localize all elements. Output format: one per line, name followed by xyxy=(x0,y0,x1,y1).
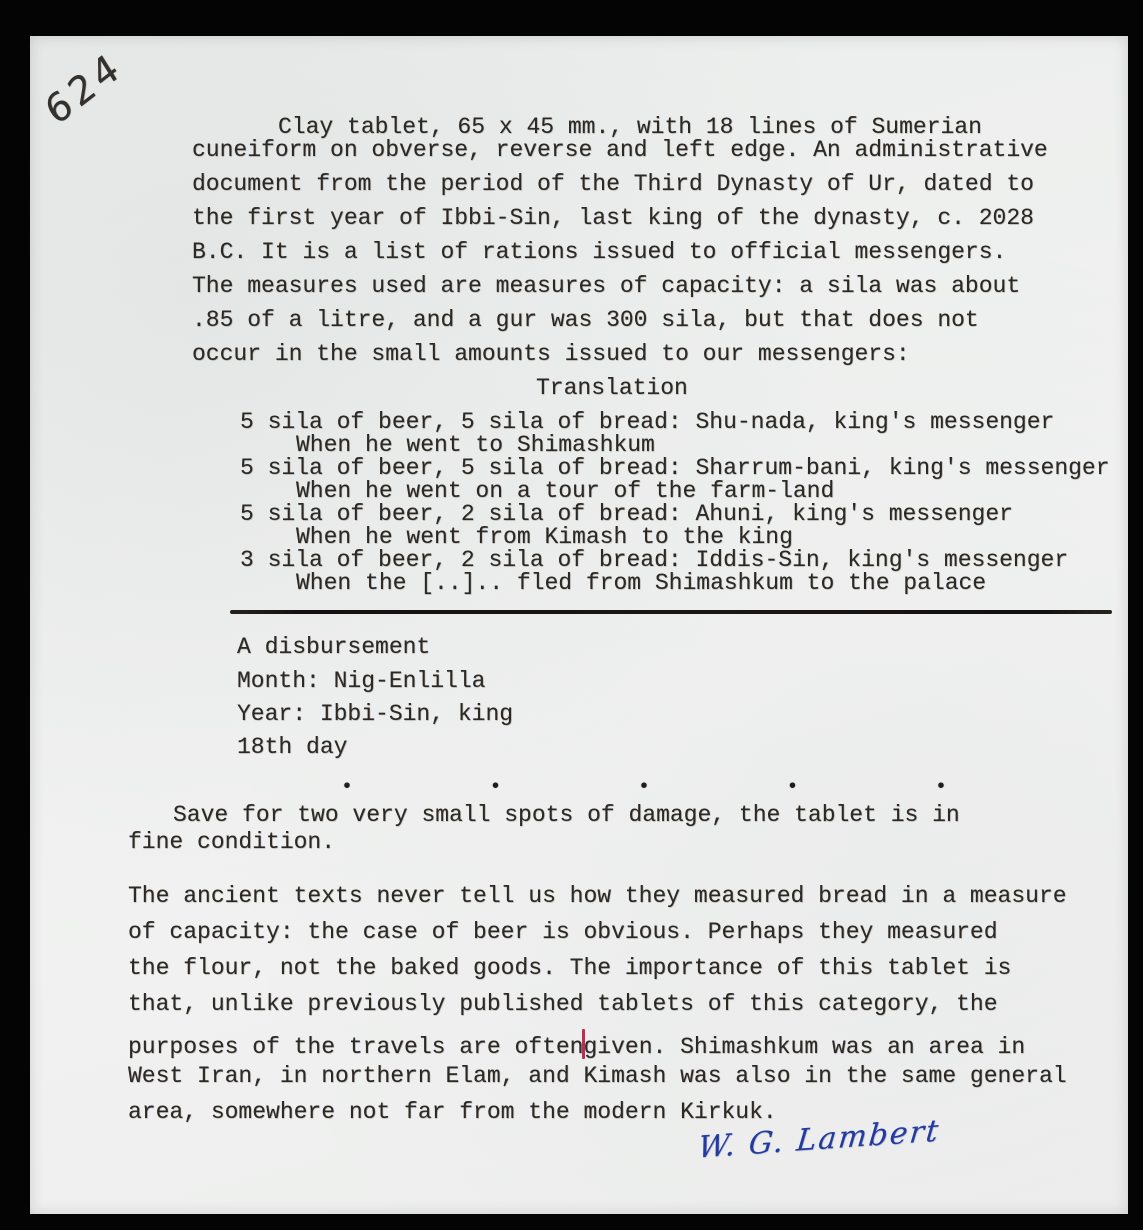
commentary-line: of capacity: the case of beer is obvious… xyxy=(128,921,1112,944)
intro-line: .85 of a litre, and a gur was 300 sila, … xyxy=(192,309,1112,332)
colophon-line: Month: Nig-Enlilla xyxy=(237,670,1112,693)
intro-line: B.C. It is a list of rations issued to o… xyxy=(192,241,1112,264)
condition-line: Save for two very small spots of damage,… xyxy=(128,804,1112,827)
colophon-line: 18th day xyxy=(237,736,1112,759)
commentary-text: given. Shimashkum was an area in xyxy=(583,1034,1025,1060)
typescript-body: Clay tablet, 65 x 45 mm., with 18 lines … xyxy=(192,116,1112,1124)
purpose-line: When he went to Shimashkum xyxy=(296,434,1112,457)
ration-line: 5 sila of beer, 5 sila of bread: Sharrum… xyxy=(240,457,1112,480)
condition-line: fine condition. xyxy=(128,831,1112,854)
separator-asterisk: • xyxy=(638,776,650,799)
colophon-line: A disbursement xyxy=(237,636,1112,659)
colophon-line: Year: Ibbi-Sin, king xyxy=(237,703,1112,726)
commentary-line: West Iran, in northern Elam, and Kimash … xyxy=(128,1065,1112,1088)
commentary-line: area, somewhere not far from the modern … xyxy=(128,1101,1112,1124)
ration-line: 3 sila of beer, 2 sila of bread: Iddis-S… xyxy=(240,549,1112,572)
intro-line: Clay tablet, 65 x 45 mm., with 18 lines … xyxy=(192,116,1112,139)
commentary-line: the flour, not the baked goods. The impo… xyxy=(128,957,1112,980)
translation-heading: Translation xyxy=(536,377,1112,400)
handwritten-page-number: 624 xyxy=(38,42,130,133)
commentary-text: purposes of the travels are often xyxy=(128,1034,583,1060)
separator-asterisk: • xyxy=(489,776,501,799)
separator-asterisk: • xyxy=(341,776,353,799)
commentary-line: The ancient texts never tell us how they… xyxy=(128,885,1112,908)
ration-line: 5 sila of beer, 2 sila of bread: Ahuni, … xyxy=(240,503,1112,526)
typed-divider-rule xyxy=(230,610,1112,614)
purpose-line: When the [..].. fled from Shimashkum to … xyxy=(296,572,1112,595)
commentary-line: that, unlike previously published tablet… xyxy=(128,993,1112,1016)
separator-asterisk: • xyxy=(786,776,798,799)
intro-line: The measures used are measures of capaci… xyxy=(192,275,1112,298)
separator-asterisk: • xyxy=(935,776,947,799)
separator-row: • • • • • xyxy=(341,776,947,799)
purpose-line: When he went on a tour of the farm-land xyxy=(296,480,1112,503)
purpose-line: When he went from Kimash to the king xyxy=(296,526,1112,549)
intro-line: cuneiform on obverse, reverse and left e… xyxy=(192,139,1112,162)
commentary-line: purposes of the travels are oftengiven. … xyxy=(128,1029,1112,1052)
intro-line: occur in the small amounts issued to our… xyxy=(192,343,1112,366)
document-page: 624 Clay tablet, 65 x 45 mm., with 18 li… xyxy=(30,36,1128,1214)
ration-line: 5 sila of beer, 5 sila of bread: Shu-nad… xyxy=(240,411,1112,434)
intro-line: document from the period of the Third Dy… xyxy=(192,173,1112,196)
intro-line: the first year of Ibbi-Sin, last king of… xyxy=(192,207,1112,230)
